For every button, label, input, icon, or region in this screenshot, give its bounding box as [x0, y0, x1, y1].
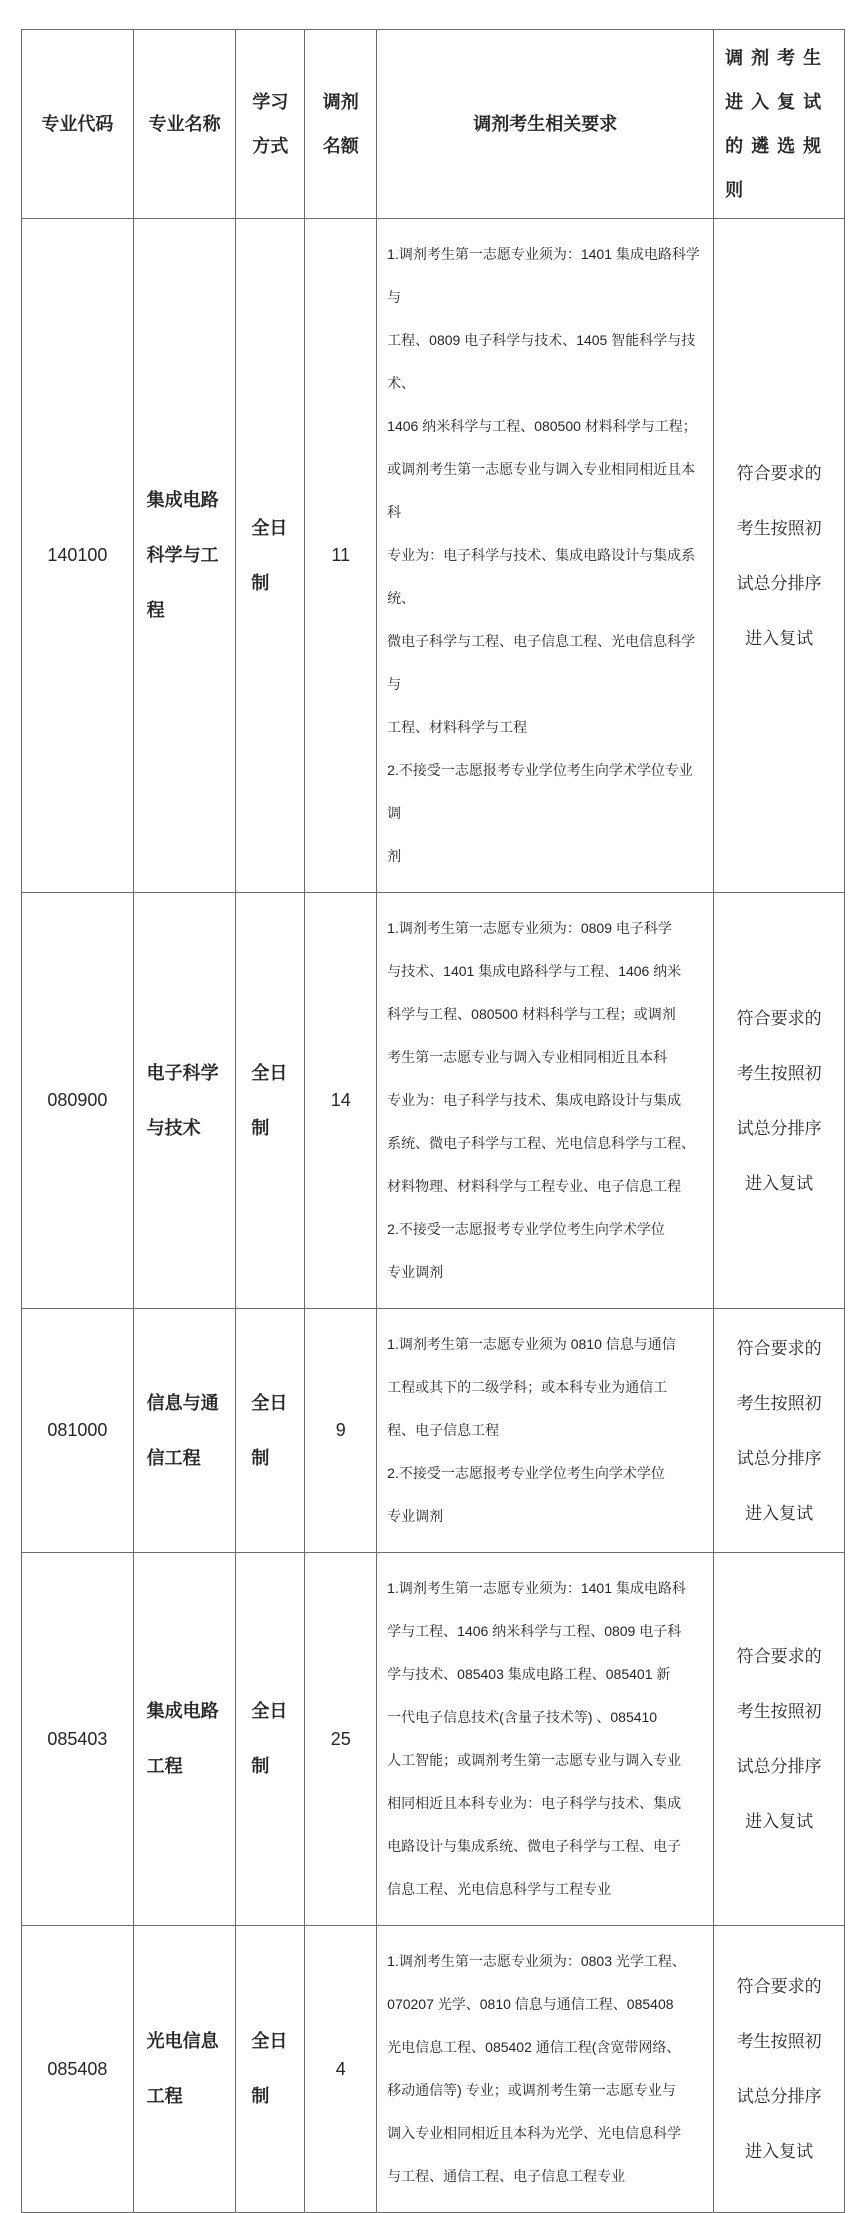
major-name-cell: 电子科学 与技术	[134, 893, 237, 1308]
major-name-cell: 光电信息 工程	[134, 1926, 237, 2212]
transfer-quota-value: 11	[331, 545, 350, 566]
transfer-quota-value: 9	[336, 1420, 346, 1441]
header-transfer-quota-label: 调剂 名额	[323, 80, 359, 168]
requirements-cell: 1.调剂考生第一志愿专业须为 0810 信息与通信 工程或其下的二级学科；或本科…	[377, 1309, 714, 1552]
header-major-name: 专业名称	[134, 30, 237, 218]
major-code-value: 085403	[47, 1729, 107, 1750]
selection-rule-text: 符合要求的 考生按照初 试总分排序 进入复试	[737, 446, 822, 666]
study-mode-value: 全日 制	[251, 1684, 289, 1794]
major-name-cell: 信息与通 信工程	[134, 1309, 237, 1552]
study-mode-cell: 全日 制	[236, 893, 305, 1308]
study-mode-value: 全日 制	[251, 501, 289, 611]
table-row: 085403 集成电路 工程 全日 制 25 1.调剂考生第一志愿专业须为：14…	[22, 1553, 844, 1926]
major-name-value: 电子科学 与技术	[147, 1046, 223, 1156]
transfer-quota-cell: 11	[305, 219, 377, 892]
major-code-value: 081000	[47, 1420, 107, 1441]
major-code-cell: 080900	[22, 893, 134, 1308]
study-mode-value: 全日 制	[251, 1046, 289, 1156]
transfer-quota-table: 专业代码 专业名称 学习 方式 调剂 名额 调剂考生相关要求 调剂考生 进入复试…	[21, 29, 845, 2213]
table-row: 085408 光电信息 工程 全日 制 4 1.调剂考生第一志愿专业须为：080…	[22, 1926, 844, 2212]
requirements-text: 1.调剂考生第一志愿专业须为：1401 集成电路科 学与工程、1406 纳米科学…	[387, 1567, 703, 1911]
selection-rule-text: 符合要求的 考生按照初 试总分排序 进入复试	[737, 1959, 822, 2179]
header-study-mode-label: 学习 方式	[252, 80, 288, 168]
requirements-text: 1.调剂考生第一志愿专业须为：0809 电子科学 与技术、1401 集成电路科学…	[387, 907, 703, 1294]
requirements-cell: 1.调剂考生第一志愿专业须为：0803 光学工程、 070207 光学、0810…	[377, 1926, 714, 2212]
header-study-mode: 学习 方式	[236, 30, 305, 218]
transfer-quota-cell: 4	[305, 1926, 377, 2212]
header-selection-rule-label: 调剂考生 进入复试 的遴选规 则	[725, 36, 833, 212]
major-name-value: 光电信息 工程	[147, 2014, 223, 2124]
selection-rule-cell: 符合要求的 考生按照初 试总分排序 进入复试	[714, 1926, 844, 2212]
header-major-code-label: 专业代码	[41, 102, 113, 146]
major-code-value: 140100	[47, 545, 107, 566]
header-requirements: 调剂考生相关要求	[377, 30, 714, 218]
selection-rule-text: 符合要求的 考生按照初 试总分排序 进入复试	[737, 991, 822, 1211]
header-major-name-label: 专业名称	[149, 102, 221, 146]
requirements-text: 1.调剂考生第一志愿专业须为：0803 光学工程、 070207 光学、0810…	[387, 1940, 703, 2198]
requirements-text: 1.调剂考生第一志愿专业须为 0810 信息与通信 工程或其下的二级学科；或本科…	[387, 1323, 703, 1538]
transfer-quota-cell: 9	[305, 1309, 377, 1552]
selection-rule-cell: 符合要求的 考生按照初 试总分排序 进入复试	[714, 893, 844, 1308]
major-code-value: 085408	[47, 2059, 107, 2080]
study-mode-cell: 全日 制	[236, 219, 305, 892]
requirements-text: 1.调剂考生第一志愿专业须为：1401 集成电路科学与 工程、0809 电子科学…	[387, 233, 703, 878]
major-code-cell: 081000	[22, 1309, 134, 1552]
major-code-cell: 140100	[22, 219, 134, 892]
major-name-cell: 集成电路 工程	[134, 1553, 237, 1925]
major-name-value: 信息与通 信工程	[147, 1376, 223, 1486]
page: 专业代码 专业名称 学习 方式 调剂 名额 调剂考生相关要求 调剂考生 进入复试…	[0, 0, 868, 1846]
study-mode-cell: 全日 制	[236, 1309, 305, 1552]
table-header-row: 专业代码 专业名称 学习 方式 调剂 名额 调剂考生相关要求 调剂考生 进入复试…	[22, 30, 844, 219]
selection-rule-cell: 符合要求的 考生按照初 试总分排序 进入复试	[714, 219, 844, 892]
major-name-value: 集成电路 科学与工 程	[147, 473, 223, 638]
major-name-cell: 集成电路 科学与工 程	[134, 219, 237, 892]
table-row: 080900 电子科学 与技术 全日 制 14 1.调剂考生第一志愿专业须为：0…	[22, 893, 844, 1309]
transfer-quota-cell: 14	[305, 893, 377, 1308]
table-row: 081000 信息与通 信工程 全日 制 9 1.调剂考生第一志愿专业须为 08…	[22, 1309, 844, 1553]
requirements-cell: 1.调剂考生第一志愿专业须为：0809 电子科学 与技术、1401 集成电路科学…	[377, 893, 714, 1308]
major-code-value: 080900	[47, 1090, 107, 1111]
transfer-quota-cell: 25	[305, 1553, 377, 1925]
selection-rule-text: 符合要求的 考生按照初 试总分排序 进入复试	[737, 1321, 822, 1541]
study-mode-value: 全日 制	[251, 1376, 289, 1486]
header-transfer-quota: 调剂 名额	[305, 30, 377, 218]
header-requirements-label: 调剂考生相关要求	[473, 102, 617, 146]
header-major-code: 专业代码	[22, 30, 134, 218]
study-mode-cell: 全日 制	[236, 1926, 305, 2212]
transfer-quota-value: 14	[331, 1090, 351, 1111]
transfer-quota-value: 25	[331, 1729, 351, 1750]
major-code-cell: 085408	[22, 1926, 134, 2212]
study-mode-cell: 全日 制	[236, 1553, 305, 1925]
major-code-cell: 085403	[22, 1553, 134, 1925]
major-name-value: 集成电路 工程	[147, 1684, 223, 1794]
study-mode-value: 全日 制	[251, 2014, 289, 2124]
selection-rule-cell: 符合要求的 考生按照初 试总分排序 进入复试	[714, 1553, 844, 1925]
selection-rule-cell: 符合要求的 考生按照初 试总分排序 进入复试	[714, 1309, 844, 1552]
table-row: 140100 集成电路 科学与工 程 全日 制 11 1.调剂考生第一志愿专业须…	[22, 219, 844, 893]
header-selection-rule: 调剂考生 进入复试 的遴选规 则	[714, 30, 844, 218]
selection-rule-text: 符合要求的 考生按照初 试总分排序 进入复试	[737, 1629, 822, 1849]
requirements-cell: 1.调剂考生第一志愿专业须为：1401 集成电路科学与 工程、0809 电子科学…	[377, 219, 714, 892]
transfer-quota-value: 4	[336, 2059, 346, 2080]
requirements-cell: 1.调剂考生第一志愿专业须为：1401 集成电路科 学与工程、1406 纳米科学…	[377, 1553, 714, 1925]
